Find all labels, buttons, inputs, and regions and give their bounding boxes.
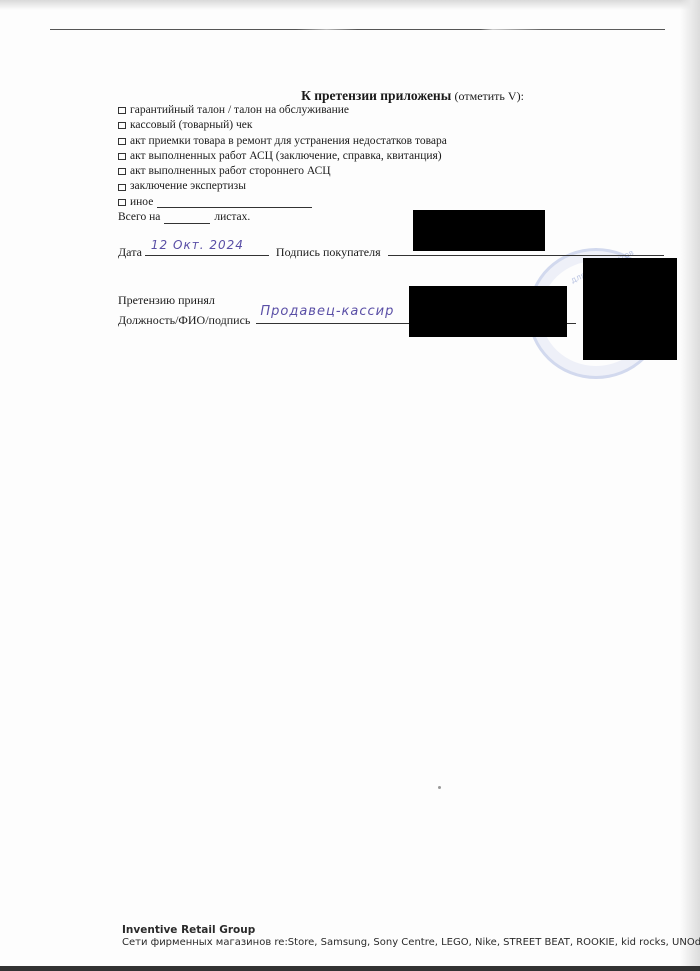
date-label: Дата bbox=[118, 245, 142, 259]
buyer-signature-label: Подпись покупателя bbox=[276, 245, 381, 259]
attachment-label: акт выполненных работ АСЦ (заключение, с… bbox=[130, 149, 442, 164]
footer-company: Inventive Retail Group bbox=[122, 924, 700, 936]
attachments-heading: К претензии приложены (отметить V): bbox=[0, 88, 700, 104]
total-pages-row: Всего на листах. bbox=[118, 210, 447, 225]
position-handwritten: Продавец-кассир bbox=[260, 304, 394, 319]
attachment-item-third-party-asc[interactable]: акт выполненных работ стороннего АСЦ bbox=[118, 164, 447, 179]
attachment-label: гарантийный талон / талон на обслуживани… bbox=[130, 103, 349, 118]
attachment-label: кассовый (товарный) чек bbox=[130, 118, 252, 133]
redaction-name bbox=[409, 286, 567, 337]
checkbox-icon[interactable] bbox=[118, 153, 126, 160]
top-divider bbox=[50, 29, 665, 30]
checkbox-icon[interactable] bbox=[118, 168, 126, 175]
total-prefix: Всего на bbox=[118, 210, 160, 225]
checkbox-icon[interactable] bbox=[118, 184, 126, 191]
footer-brands: Сети фирменных магазинов re:Store, Samsu… bbox=[122, 937, 700, 948]
attachment-label: акт выполненных работ стороннего АСЦ bbox=[130, 164, 331, 179]
position-label: Должность/ФИО/подпись bbox=[118, 313, 250, 327]
attachment-item-asc-act[interactable]: акт выполненных работ АСЦ (заключение, с… bbox=[118, 149, 447, 164]
other-field[interactable] bbox=[157, 196, 312, 208]
total-suffix: листах. bbox=[214, 210, 250, 225]
checkbox-icon[interactable] bbox=[118, 138, 126, 145]
checkbox-icon[interactable] bbox=[118, 199, 126, 206]
heading-title: К претензии приложены bbox=[301, 88, 451, 103]
attachment-item-repair-act[interactable]: акт приемки товара в ремонт для устранен… bbox=[118, 134, 447, 149]
total-pages-field[interactable] bbox=[164, 212, 210, 224]
date-field[interactable]: 12 Окт. 2024 bbox=[145, 242, 269, 256]
scan-shadow bbox=[0, 0, 700, 10]
redaction-buyer-signature bbox=[413, 210, 545, 251]
attachment-label: заключение экспертизы bbox=[130, 179, 246, 194]
scan-speck bbox=[438, 786, 441, 789]
redaction-stamp bbox=[583, 258, 677, 360]
scan-edge bbox=[680, 0, 700, 971]
attachment-label: иное bbox=[130, 195, 153, 210]
attachments-list: гарантийный талон / талон на обслуживани… bbox=[118, 103, 447, 225]
attachment-item-warranty[interactable]: гарантийный талон / талон на обслуживани… bbox=[118, 103, 447, 118]
heading-note: (отметить V): bbox=[455, 89, 524, 103]
attachment-item-receipt[interactable]: кассовый (товарный) чек bbox=[118, 118, 447, 133]
date-handwritten: 12 Окт. 2024 bbox=[151, 238, 244, 252]
checkbox-icon[interactable] bbox=[118, 107, 126, 114]
attachment-item-expertise[interactable]: заключение экспертизы bbox=[118, 179, 447, 194]
scan-bottom-edge bbox=[0, 966, 700, 971]
date-row: Дата 12 Окт. 2024 Подпись покупателя bbox=[118, 242, 664, 260]
checkbox-icon[interactable] bbox=[118, 122, 126, 129]
footer: Inventive Retail Group Сети фирменных ма… bbox=[122, 924, 700, 948]
attachment-item-other[interactable]: иное bbox=[118, 195, 447, 210]
attachment-label: акт приемки товара в ремонт для устранен… bbox=[130, 134, 447, 149]
accepted-label: Претензию принял bbox=[118, 293, 215, 308]
